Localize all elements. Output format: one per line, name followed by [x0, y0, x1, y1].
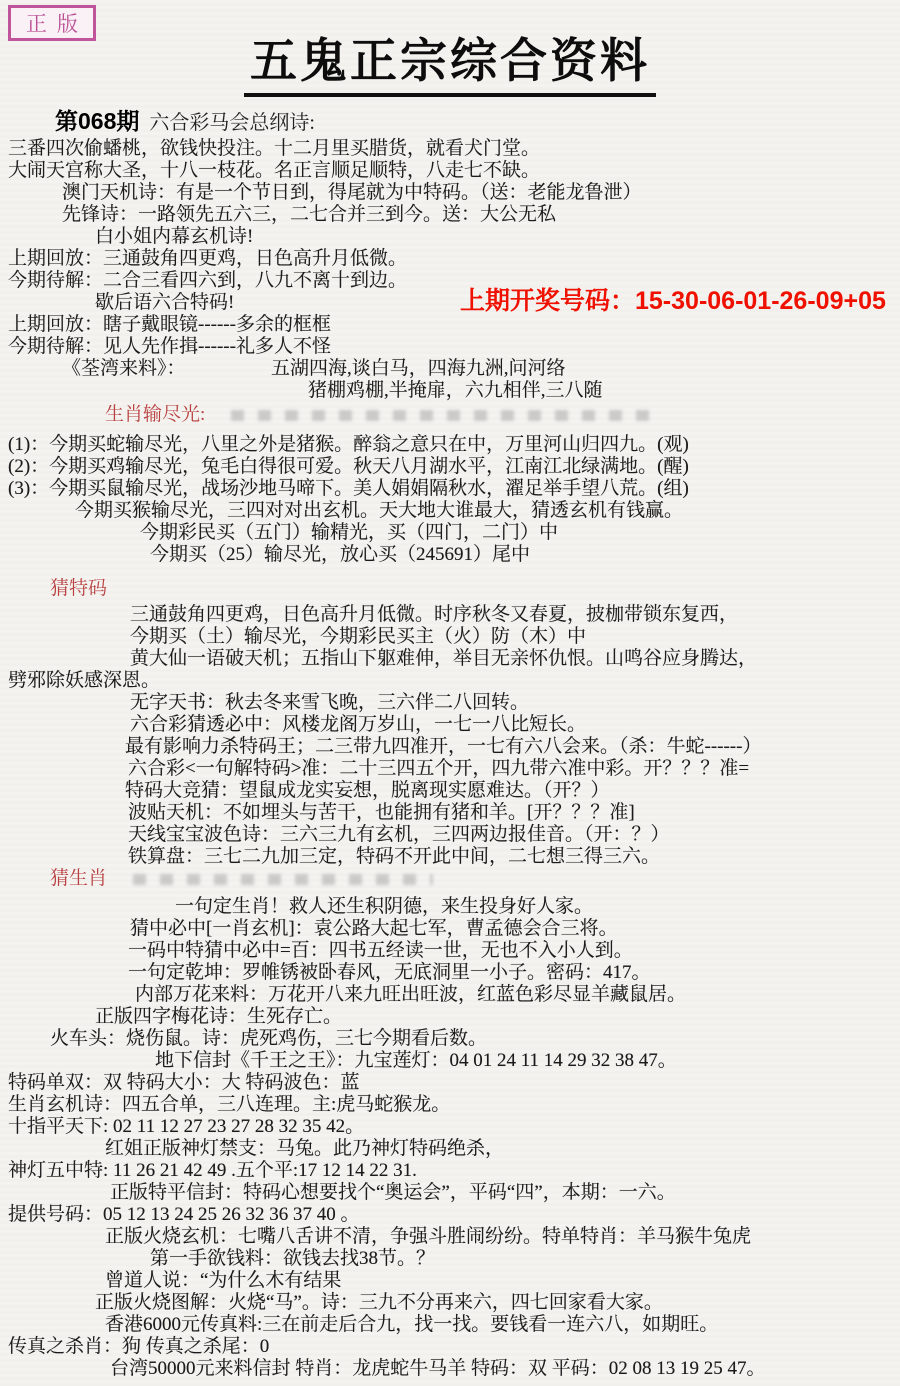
line-text: 一句定生肖！救人还生积阴德，来生投身好人家。	[175, 896, 593, 917]
text-line: 特码单双：双 特码大小：大 特码波色：蓝	[8, 1072, 900, 1094]
line-text: 正版火烧玄机：七嘴八舌讲不清，争强斗胜闹纷纷。特单特肖：羊马猴牛兔虎	[105, 1226, 751, 1247]
text-line: 黄大仙一语破天机；五指山下躯难伸，举目无亲怀仇恨。山鸣谷应身腾达，	[130, 648, 900, 670]
text-line: 天线宝宝波色诗：三六三九有玄机，三四两边报佳音。（开：？）	[128, 824, 900, 846]
text-line: 劈邪除妖感深恩。	[8, 670, 900, 692]
text-line: 生肖玄机诗：四五合单，三八连理。主:虎马蛇猴龙。	[8, 1094, 900, 1116]
text-line: 白小姐内幕玄机诗!	[95, 226, 900, 248]
text-line: 香港6000元传真料:三在前走后合九，找一找。要钱看一连六八，如期旺。	[105, 1314, 900, 1336]
text-line: 今期买猴输尽光，三四对对出玄机。天大地大谁最大，猜透玄机有钱赢。	[75, 500, 900, 522]
line-text: 白小姐内幕玄机诗!	[95, 226, 253, 247]
line-text: 今期待解：二合三看四六到，八九不离十到边。	[8, 270, 407, 291]
faded-text-artifact	[231, 410, 661, 421]
text-line: 红姐正版神灯禁支：马兔。此乃神灯特码绝杀，	[105, 1138, 900, 1160]
line-text: 《荃湾来料》： 五湖四海,谈白马，四海九洲,问河络	[62, 358, 566, 379]
line-text: 大闹天宫称大圣，十八一枝花。名正言顺足顺特，八走七不缺。	[8, 160, 540, 181]
authentic-badge-label: 正版	[26, 8, 88, 38]
line-text: 无字天书：秋去冬来雪飞晚，三六伴二八回转。	[130, 692, 529, 713]
line-text: 六合彩<一句解特码>准：二十三四五个开，四九带六准中彩。开？？？准=	[128, 758, 749, 779]
line-text: 劈邪除妖感深恩。	[8, 670, 160, 691]
line-text: 提供号码：05 12 13 24 25 26 32 36 37 40 。	[8, 1204, 360, 1225]
line-text: 先锋诗：一路领先五六三，二七合并三到今。送：大公无私	[62, 204, 556, 225]
text-line: 地下信封《千王之王》：九宝莲灯：04 01 24 11 14 29 32 38 …	[155, 1050, 900, 1072]
text-line: 今期彩民买（五门）输精光，买（四门，二门）中	[140, 522, 900, 544]
line-text: 猜中必中[一肖玄机]：袁公路大起七军，曹孟德会合三将。	[130, 918, 618, 939]
line-text: 天线宝宝波色诗：三六三九有玄机，三四两边报佳音。（开：？）	[128, 824, 670, 845]
line-text: 今期彩民买（五门）输精光，买（四门，二门）中	[140, 522, 558, 543]
line-text: 第一手欲钱料：欲钱去找38节。？	[150, 1248, 435, 1269]
line-text: 正版四字梅花诗：生死存亡。	[95, 1006, 342, 1027]
text-line: 特码大竞猜：望鼠成龙实妄想，脱离现实愿难达。（开？）	[125, 780, 900, 802]
line-text: 红姐正版神灯禁支：马兔。此乃神灯特码绝杀，	[105, 1138, 504, 1159]
line-text: 台湾50000元来料信封 特肖：龙虎蛇牛马羊 特码：双 平码：02 08 13 …	[110, 1358, 766, 1379]
text-line: 三通鼓角四更鸡，日色高升月低微。时序秋冬又春夏，披枷带锁东复西，	[130, 604, 900, 626]
line-text: 澳门天机诗：有是一个节日到，得尾就为中特码。（送：老能龙鲁泄）	[62, 182, 642, 203]
line-text: 正版火烧图解：火烧“马”。诗：三九不分再来六，四七回家看大家。	[95, 1292, 663, 1313]
issue-header: 第068期 六合彩马会总纲诗:	[55, 103, 900, 136]
line-text: (3)：今期买鼠输尽光，战场沙地马啼下。美人娟娟隔秋水，濯足举手望八荒。(组)	[8, 478, 689, 499]
text-line: 铁算盘：三七二九加三定，特码不开此中间，二七想三得三六。	[128, 846, 900, 868]
text-line: 第一手欲钱料：欲钱去找38节。？	[150, 1248, 900, 1270]
line-text: 歇后语六合特码!	[95, 292, 234, 313]
text-line: 正版四字梅花诗：生死存亡。	[95, 1006, 900, 1028]
line-text: 内部万花来料：万花开八来九旺出旺波，红蓝色彩尽显羊藏鼠居。	[135, 984, 686, 1005]
line-text: 猜特码	[50, 578, 107, 599]
text-line: 六合彩<一句解特码>准：二十三四五个开，四九带六准中彩。开？？？准=	[128, 758, 900, 780]
text-line: 今期待解：见人先作揖------礼多人不怪	[8, 336, 900, 358]
line-text: (2)：今期买鸡输尽光，兔毛白得很可爱。秋天八月湖水平，江南江北绿满地。(醒)	[8, 456, 689, 477]
section-heading: 猜生肖	[50, 868, 900, 890]
text-line: 猜中必中[一肖玄机]：袁公路大起七军，曹孟德会合三将。	[130, 918, 900, 940]
line-text: 上期回放：瞎子戴眼镜------多余的框框	[8, 314, 331, 335]
text-line: 猪棚鸡棚,半掩扉，六九相伴,三八随	[308, 380, 900, 402]
text-line: 今期买（25）输尽光，放心买（245691）尾中	[150, 544, 900, 566]
text-line: 上期回放：三通鼓角四更鸡，日色高升月低微。	[8, 248, 900, 270]
line-text: 上期回放：三通鼓角四更鸡，日色高升月低微。	[8, 248, 407, 269]
text-line: 《荃湾来料》： 五湖四海,谈白马，四海九洲,问河络	[62, 358, 900, 380]
text-line: (3)：今期买鼠输尽光，战场沙地马啼下。美人娟娟隔秋水，濯足举手望八荒。(组)	[8, 478, 900, 500]
title-area: 五鬼正宗综合资料	[0, 0, 900, 97]
line-text: 三番四次偷蟠桃，欲钱快投注。十二月里买腊货，就看犬门堂。	[8, 138, 540, 159]
line-text: 曾道人说：“为什么木有结果	[105, 1270, 341, 1291]
page-title: 五鬼正宗综合资料	[244, 24, 656, 97]
text-line: 火车头：烧伤鼠。诗：虎死鸡伤，三七今期看后数。	[50, 1028, 900, 1050]
line-text: 香港6000元传真料:三在前走后合九，找一找。要钱看一连六八，如期旺。	[105, 1314, 718, 1335]
text-line: 传真之杀肖：狗 传真之杀尾：0	[8, 1336, 900, 1358]
issue-heading: 六合彩马会总纲诗:	[149, 112, 315, 134]
authentic-badge: 正版	[8, 5, 96, 41]
line-text: 最有影响力杀特码王；二三带九四准开，一七有六八会来。（杀：牛蛇------）	[125, 736, 761, 757]
line-text: 十指平天下: 02 11 12 27 23 27 28 32 35 42。	[8, 1116, 364, 1137]
text-line: 台湾50000元来料信封 特肖：龙虎蛇牛马羊 特码：双 平码：02 08 13 …	[110, 1358, 900, 1380]
text-line: 先锋诗：一路领先五六三，二七合并三到今。送：大公无私	[62, 204, 900, 226]
text-line: 内部万花来料：万花开八来九旺出旺波，红蓝色彩尽显羊藏鼠居。	[135, 984, 900, 1006]
line-text: 生肖玄机诗：四五合单，三八连理。主:虎马蛇猴龙。	[8, 1094, 450, 1115]
last-draw-numbers: 上期开奖号码：15-30-06-01-26-09+05	[460, 281, 886, 317]
text-line: 无字天书：秋去冬来雪飞晚，三六伴二八回转。	[130, 692, 900, 714]
issue-number: 第068期	[55, 108, 139, 134]
line-text: 神灯五中特: 11 26 21 42 49 .五个平:17 12 14 22 3…	[8, 1160, 417, 1181]
text-line: (2)：今期买鸡输尽光，兔毛白得很可爱。秋天八月湖水平，江南江北绿满地。(醒)	[8, 456, 900, 478]
text-line: 正版特平信封：特码心想要找个“奥运会”，平码“四”，本期：一六。	[110, 1182, 900, 1204]
line-text: 火车头：烧伤鼠。诗：虎死鸡伤，三七今期看后数。	[50, 1028, 487, 1049]
text-line: 六合彩猜透必中：风楼龙阁万岁山，一七一八比短长。	[130, 714, 900, 736]
line-text: 三通鼓角四更鸡，日色高升月低微。时序秋冬又春夏，披枷带锁东复西，	[130, 604, 738, 625]
section-heading: 生肖输尽光:	[105, 404, 900, 426]
section-heading: 猜特码	[50, 578, 900, 600]
line-text: 一句定乾坤：罗帷锈被卧春风，无底洞里一小子。密码：417。	[128, 962, 651, 983]
line-text: 六合彩猜透必中：风楼龙阁万岁山，一七一八比短长。	[130, 714, 586, 735]
line-text: 铁算盘：三七二九加三定，特码不开此中间，二七想三得三六。	[128, 846, 660, 867]
line-text: 传真之杀肖：狗 传真之杀尾：0	[8, 1336, 269, 1357]
text-line: 曾道人说：“为什么木有结果	[105, 1270, 900, 1292]
line-text: 黄大仙一语破天机；五指山下躯难伸，举目无亲怀仇恨。山鸣谷应身腾达，	[130, 648, 757, 669]
document-page: 正版 五鬼正宗综合资料 第068期 六合彩马会总纲诗: 三番四次偷蟠桃，欲钱快投…	[0, 0, 900, 1386]
text-line: 今期买（土）输尽光，今期彩民买主（火）防（木）中	[130, 626, 900, 648]
line-text: 今期买（25）输尽光，放心买（245691）尾中	[150, 544, 530, 565]
line-text: 今期买（土）输尽光，今期彩民买主（火）防（木）中	[130, 626, 586, 647]
text-line: 上期回放：瞎子戴眼镜------多余的框框	[8, 314, 900, 336]
line-text: 特码大竞猜：望鼠成龙实妄想，脱离现实愿难达。（开？）	[125, 780, 610, 801]
text-line: 十指平天下: 02 11 12 27 23 27 28 32 35 42。	[8, 1116, 900, 1138]
line-text: 一码中特猜中必中=百：四书五经读一世，无也不入小人到。	[128, 940, 633, 961]
document-lines: 三番四次偷蟠桃，欲钱快投注。十二月里买腊货，就看犬门堂。大闹天宫称大圣，十八一枝…	[0, 138, 900, 1380]
text-line: 一句定乾坤：罗帷锈被卧春风，无底洞里一小子。密码：417。	[128, 962, 900, 984]
text-line: (1)：今期买蛇输尽光，八里之外是猪猴。醉翁之意只在中，万里河山归四九。(观)	[8, 434, 900, 456]
text-line: 一句定生肖！救人还生积阴德，来生投身好人家。	[175, 896, 900, 918]
text-line: 正版火烧图解：火烧“马”。诗：三九不分再来六，四七回家看大家。	[95, 1292, 900, 1314]
line-text: 正版特平信封：特码心想要找个“奥运会”，平码“四”，本期：一六。	[110, 1182, 676, 1203]
line-text: 猪棚鸡棚,半掩扉，六九相伴,三八随	[308, 380, 603, 401]
line-text: 今期待解：见人先作揖------礼多人不怪	[8, 336, 331, 357]
line-text: 生肖输尽光:	[105, 404, 205, 425]
text-line: 波贴天机：不如埋头与苦干，也能拥有猪和羊。[开？？？准]	[128, 802, 900, 824]
line-text: 地下信封《千王之王》：九宝莲灯：04 01 24 11 14 29 32 38 …	[155, 1050, 677, 1071]
text-line: 提供号码：05 12 13 24 25 26 32 36 37 40 。	[8, 1204, 900, 1226]
text-line: 三番四次偷蟠桃，欲钱快投注。十二月里买腊货，就看犬门堂。	[8, 138, 900, 160]
line-text: (1)：今期买蛇输尽光，八里之外是猪猴。醉翁之意只在中，万里河山归四九。(观)	[8, 434, 689, 455]
text-line: 一码中特猜中必中=百：四书五经读一世，无也不入小人到。	[128, 940, 900, 962]
text-line: 正版火烧玄机：七嘴八舌讲不清，争强斗胜闹纷纷。特单特肖：羊马猴牛兔虎	[105, 1226, 900, 1248]
line-text: 猜生肖	[50, 868, 107, 889]
text-line: 最有影响力杀特码王；二三带九四准开，一七有六八会来。（杀：牛蛇------）	[125, 736, 900, 758]
text-line: 澳门天机诗：有是一个节日到，得尾就为中特码。（送：老能龙鲁泄）	[62, 182, 900, 204]
text-line: 神灯五中特: 11 26 21 42 49 .五个平:17 12 14 22 3…	[8, 1160, 900, 1182]
faded-text-artifact	[133, 874, 433, 885]
line-text: 今期买猴输尽光，三四对对出玄机。天大地大谁最大，猜透玄机有钱赢。	[75, 500, 683, 521]
line-text: 波贴天机：不如埋头与苦干，也能拥有猪和羊。[开？？？准]	[128, 802, 635, 823]
line-text: 特码单双：双 特码大小：大 特码波色：蓝	[8, 1072, 360, 1093]
text-line: 大闹天宫称大圣，十八一枝花。名正言顺足顺特，八走七不缺。	[8, 160, 900, 182]
